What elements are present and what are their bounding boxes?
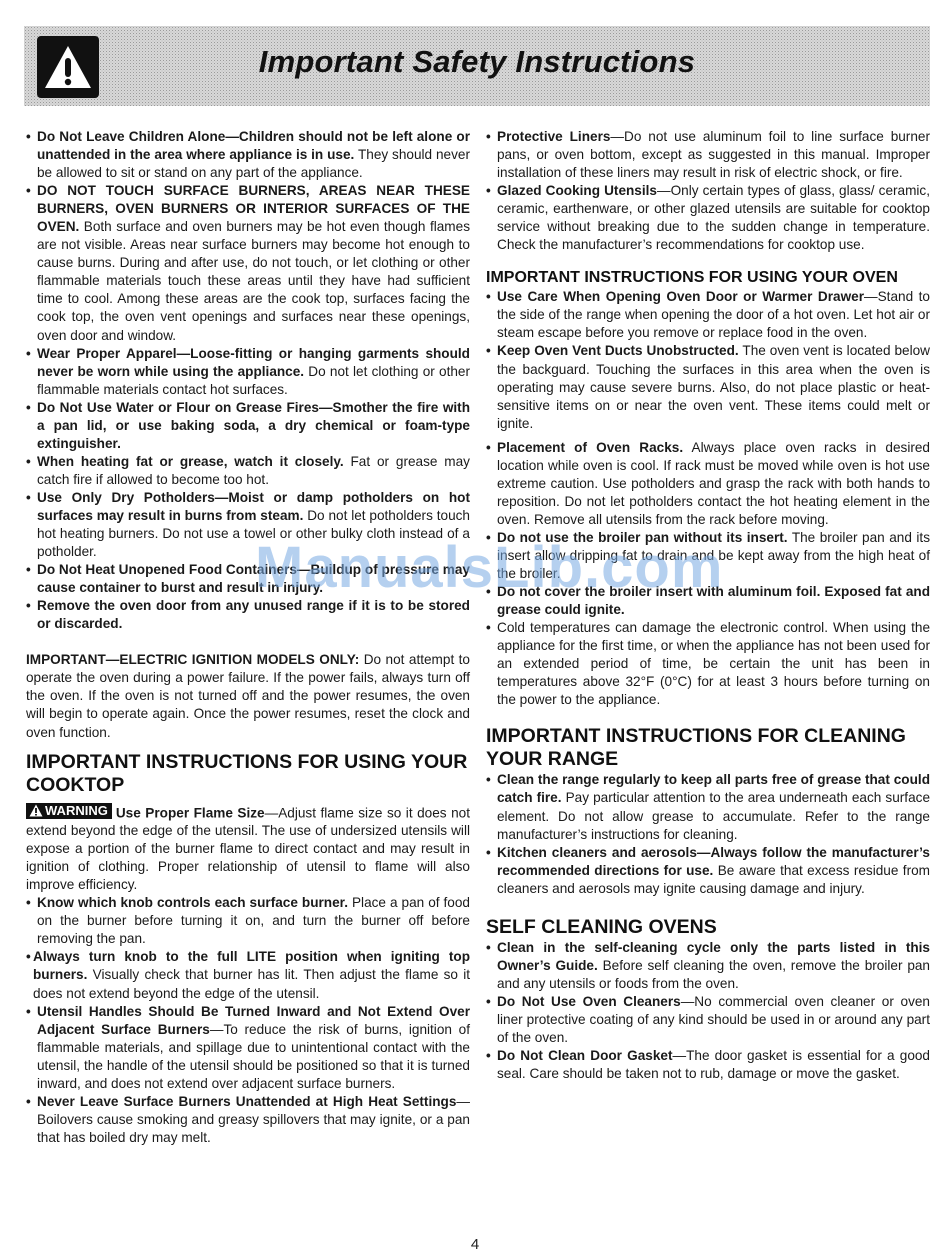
- list-item: Placement of Oven Racks. Always place ov…: [486, 439, 930, 529]
- list-item: Do Not Heat Unopened Food Containers—Bui…: [26, 561, 470, 597]
- left-column: Do Not Leave Children Alone—Children sho…: [26, 128, 470, 1147]
- list-item: Do Not Use Water or Flour on Grease Fire…: [26, 399, 470, 453]
- page-title: Important Safety Instructions: [24, 44, 930, 80]
- list-item: When heating fat or grease, watch it clo…: [26, 453, 470, 489]
- list-item: Clean in the self-cleaning cycle only th…: [486, 939, 930, 993]
- page-number: 4: [0, 1236, 950, 1253]
- list-item: Kitchen cleaners and aerosols—Always fol…: [486, 844, 930, 898]
- warning-badge: WARNING: [26, 803, 112, 819]
- flame-size-warning: WARNINGUse Proper Flame Size—Adjust flam…: [26, 803, 470, 895]
- list-item: Use Only Dry Potholders—Moist or damp po…: [26, 489, 470, 561]
- list-item: Remove the oven door from any unused ran…: [26, 597, 470, 633]
- list-item: Do not cover the broiler insert with alu…: [486, 583, 930, 619]
- list-item: Glazed Cooking Utensils—Only certain typ…: [486, 182, 930, 254]
- right-column: Protective Liners—Do not use aluminum fo…: [486, 128, 930, 1083]
- oven-section-heading: IMPORTANT INSTRUCTIONS FOR USING YOUR OV…: [486, 268, 930, 288]
- cooktop-section-heading: IMPORTANT INSTRUCTIONS FOR USING YOUR CO…: [26, 751, 470, 797]
- cleaning-section-heading: IMPORTANT INSTRUCTIONS FOR CLEANING YOUR…: [486, 725, 930, 771]
- list-item: Do Not Leave Children Alone—Children sho…: [26, 128, 470, 182]
- list-item: Use Care When Opening Oven Door or Warme…: [486, 288, 930, 342]
- list-item: Do not use the broiler pan without its i…: [486, 529, 930, 583]
- list-item: Wear Proper Apparel—Loose-fitting or han…: [26, 345, 470, 399]
- list-item: Cold temperatures can damage the electro…: [486, 619, 930, 709]
- list-item: DO NOT TOUCH SURFACE BURNERS, AREAS NEAR…: [26, 182, 470, 344]
- list-item: Never Leave Surface Burners Unattended a…: [26, 1093, 470, 1147]
- list-item: Do Not Clean Door Gasket—The door gasket…: [486, 1047, 930, 1083]
- list-item: Keep Oven Vent Ducts Unobstructed. The o…: [486, 342, 930, 432]
- electric-ignition-note: IMPORTANT—ELECTRIC IGNITION MODELS ONLY:…: [26, 651, 470, 741]
- list-item: Clean the range regularly to keep all pa…: [486, 771, 930, 843]
- list-item: Protective Liners—Do not use aluminum fo…: [486, 128, 930, 182]
- list-item: Utensil Handles Should Be Turned Inward …: [26, 1003, 470, 1093]
- self-cleaning-section-heading: SELF CLEANING OVENS: [486, 916, 930, 939]
- list-item: Always turn knob to the full LITE positi…: [26, 948, 470, 1002]
- list-item: Do Not Use Oven Cleaners—No commercial o…: [486, 993, 930, 1047]
- warning-triangle-icon: [29, 804, 43, 817]
- title-banner: Important Safety Instructions: [24, 26, 930, 106]
- list-item: Know which knob controls each surface bu…: [26, 894, 470, 948]
